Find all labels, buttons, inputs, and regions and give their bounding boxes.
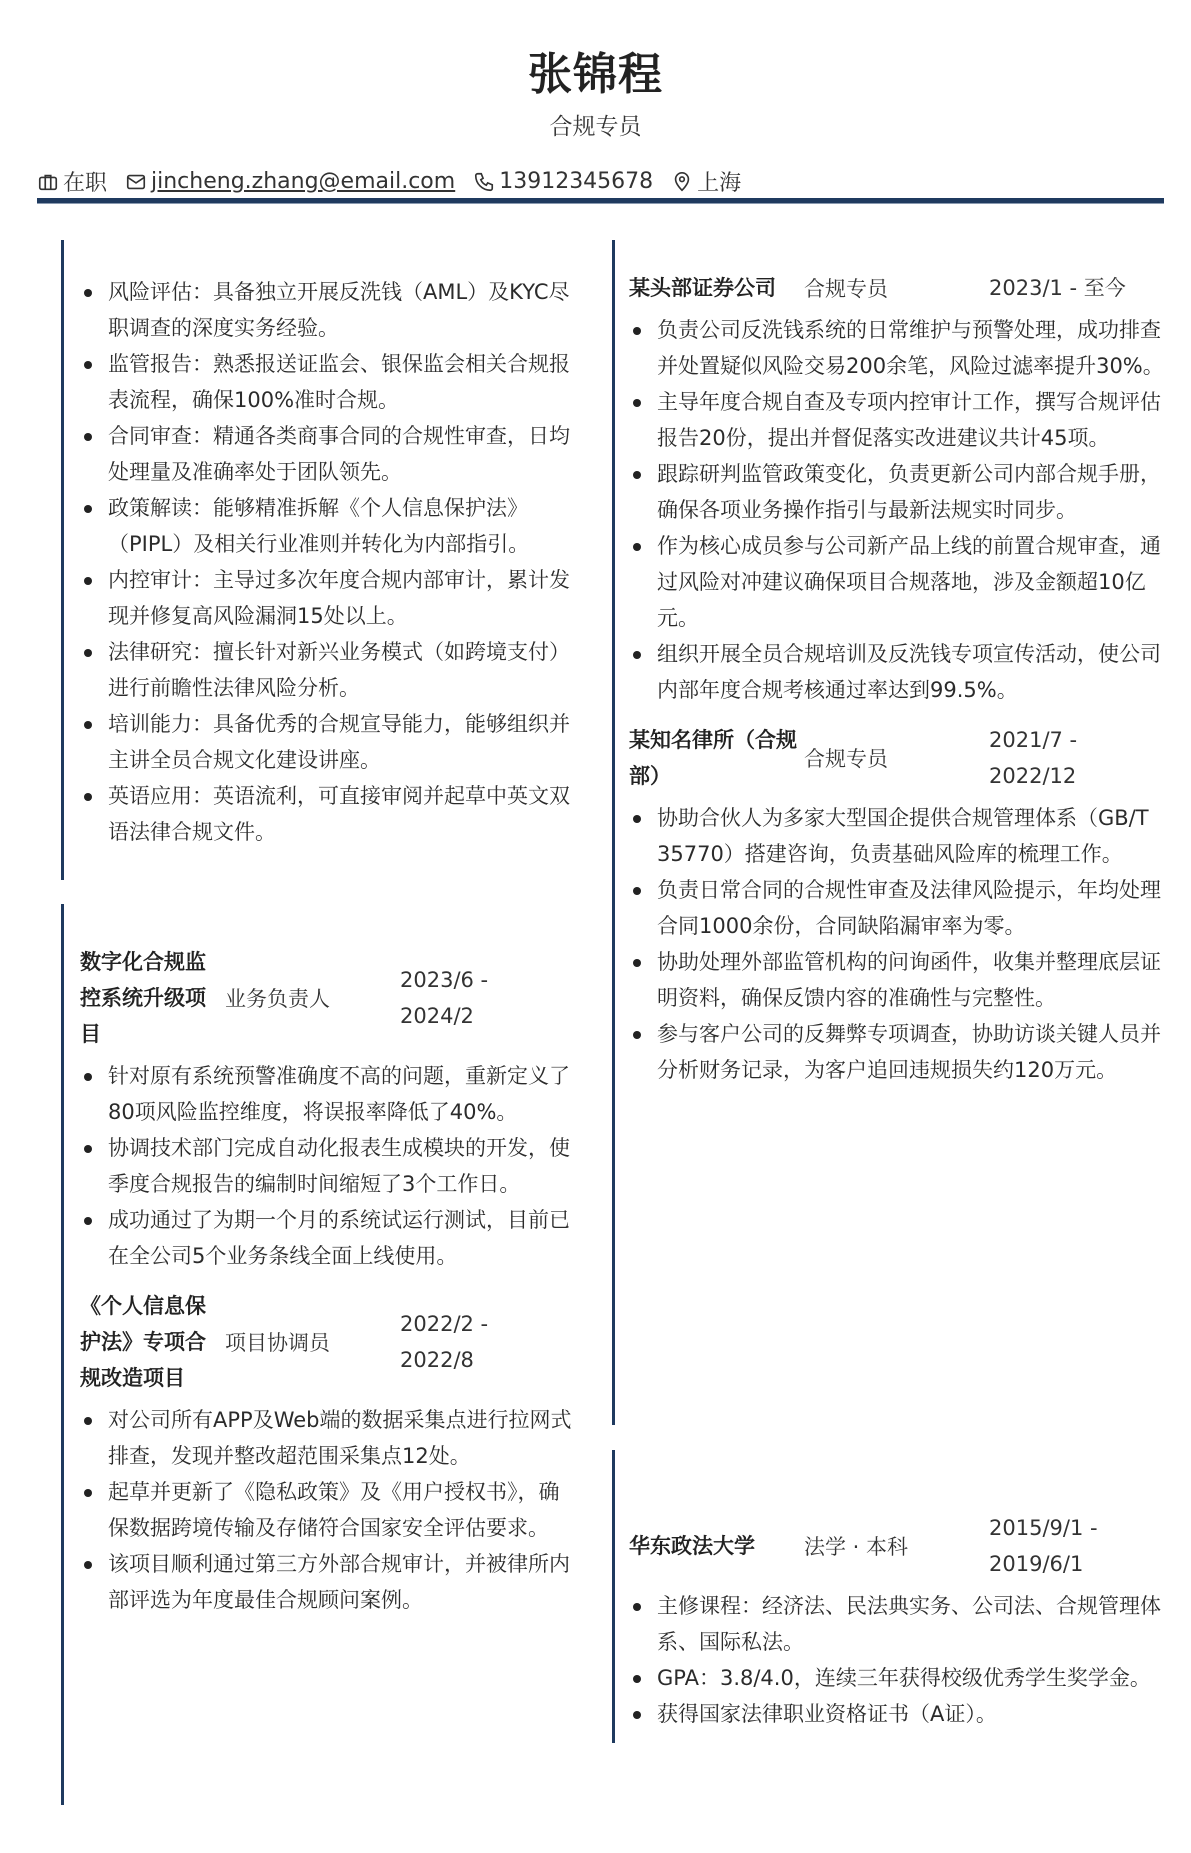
education-bullet: GPA：3.8/4.0，连续三年获得校级优秀学生奖学金。 bbox=[629, 1660, 1169, 1696]
education-entry: 华东政法大学 法学 · 本科 2015/9/1 - 2019/6/1 主修课程：… bbox=[629, 1510, 1169, 1732]
skills-list: 风险评估：具备独立开展反洗钱（AML）及KYC尽职调查的深度实务经验。 监管报告… bbox=[80, 274, 580, 850]
skill-item: 监管报告：熟悉报送证监会、银保监会相关合规报表流程，确保100%准时合规。 bbox=[80, 346, 580, 418]
project-bullet: 针对原有系统预警准确度不高的问题，重新定义了80项风险监控维度，将误报率降低了4… bbox=[80, 1058, 580, 1130]
job-bullet: 主导年度合规自查及专项内控审计工作，撰写合规评估报告20份，提出并督促落实改进建… bbox=[629, 384, 1169, 456]
job-entry: 某知名律所（合规部） 合规专员 2021/7 - 2022/12 协助合伙人为多… bbox=[629, 722, 1169, 1088]
header-divider bbox=[37, 198, 1164, 204]
job-bullet: 负责日常合同的合规性审查及法律风险提示，年均处理合同1000余份，合同缺陷漏审率… bbox=[629, 872, 1169, 944]
skills-section: 风险评估：具备独立开展反洗钱（AML）及KYC尽职调查的深度实务经验。 监管报告… bbox=[61, 240, 584, 880]
job-bullet: 跟踪研判监管政策变化，负责更新公司内部合规手册，确保各项业务操作指引与最新法规实… bbox=[629, 456, 1169, 528]
job-role: 合规专员 bbox=[804, 273, 989, 303]
project-bullet: 对公司所有APP及Web端的数据采集点进行拉网式排查，发现并整改超范围采集点12… bbox=[80, 1402, 580, 1474]
candidate-name: 张锦程 bbox=[0, 38, 1191, 102]
job-bullet: 作为核心成员参与公司新产品上线的前置合规审查，通过风险对冲建议确保项目合规落地，… bbox=[629, 528, 1169, 636]
skill-item: 风险评估：具备独立开展反洗钱（AML）及KYC尽职调查的深度实务经验。 bbox=[80, 274, 580, 346]
project-role: 业务负责人 bbox=[225, 983, 400, 1013]
education-bullet: 主修课程：经济法、民法典实务、公司法、合规管理体系、国际私法。 bbox=[629, 1588, 1169, 1660]
skill-item: 培训能力：具备优秀的合规宣导能力，能够组织并主讲全员合规文化建设讲座。 bbox=[80, 706, 580, 778]
project-bullet: 协调技术部门完成自动化报表生成模块的开发，使季度合规报告的编制时间缩短了3个工作… bbox=[80, 1130, 580, 1202]
contact-location: 上海 bbox=[671, 166, 741, 197]
location-text: 上海 bbox=[697, 166, 741, 197]
project-entry: 《个人信息保护法》专项合规改造项目 项目协调员 2022/2 - 2022/8 … bbox=[80, 1288, 580, 1618]
job-bullet: 协助处理外部监管机构的问询函件，收集并整理底层证明资料，确保反馈内容的准确性与完… bbox=[629, 944, 1169, 1016]
education-section: 华东政法大学 法学 · 本科 2015/9/1 - 2019/6/1 主修课程：… bbox=[612, 1450, 1175, 1743]
job-title: 合规专员 bbox=[0, 108, 1191, 141]
experience-section: 某头部证券公司 合规专员 2023/1 - 至今 负责公司反洗钱系统的日常维护与… bbox=[612, 240, 1175, 1425]
job-bullet: 协助合伙人为多家大型国企提供合规管理体系（GB/T 35770）搭建咨询，负责基… bbox=[629, 800, 1169, 872]
project-name: 《个人信息保护法》专项合规改造项目 bbox=[80, 1288, 225, 1396]
location-pin-icon bbox=[671, 171, 693, 193]
skill-item: 法律研究：擅长针对新兴业务模式（如跨境支付）进行前瞻性法律风险分析。 bbox=[80, 634, 580, 706]
briefcase-icon bbox=[37, 171, 59, 193]
status-text: 在职 bbox=[63, 166, 107, 197]
school-name: 华东政法大学 bbox=[629, 1528, 804, 1564]
phone-text: 13912345678 bbox=[499, 169, 653, 194]
job-bullet: 负责公司反洗钱系统的日常维护与预警处理，成功排查并处置疑似风险交易200余笔，风… bbox=[629, 312, 1169, 384]
skill-item: 合同审查：精通各类商事合同的合规性审查，日均处理量及准确率处于团队领先。 bbox=[80, 418, 580, 490]
skill-item: 英语应用：英语流利，可直接审阅并起草中英文双语法律合规文件。 bbox=[80, 778, 580, 850]
job-role: 合规专员 bbox=[804, 743, 989, 773]
project-entry: 数字化合规监控系统升级项目 业务负责人 2023/6 - 2024/2 针对原有… bbox=[80, 944, 580, 1274]
project-bullet: 该项目顺利通过第三方外部合规审计，并被律所内部评选为年度最佳合规顾问案例。 bbox=[80, 1546, 580, 1618]
education-date: 2015/9/1 - 2019/6/1 bbox=[989, 1510, 1169, 1582]
job-bullet: 参与客户公司的反舞弊专项调查，协助访谈关键人员并分析财务记录，为客户追回违规损失… bbox=[629, 1016, 1169, 1088]
projects-section: 数字化合规监控系统升级项目 业务负责人 2023/6 - 2024/2 针对原有… bbox=[61, 904, 584, 1805]
contact-bar: 在职 jincheng.zhang@email.com 13912345678 … bbox=[37, 166, 759, 197]
education-bullet: 获得国家法律职业资格证书（A证）。 bbox=[629, 1696, 1169, 1732]
project-bullet: 起草并更新了《隐私政策》及《用户授权书》，确保数据跨境传输及存储符合国家安全评估… bbox=[80, 1474, 580, 1546]
contact-status: 在职 bbox=[37, 166, 107, 197]
contact-phone: 13912345678 bbox=[473, 169, 653, 194]
job-date: 2021/7 - 2022/12 bbox=[989, 722, 1169, 794]
job-date: 2023/1 - 至今 bbox=[989, 270, 1169, 306]
job-bullet: 组织开展全员合规培训及反洗钱专项宣传活动，使公司内部年度合规考核通过率达到99.… bbox=[629, 636, 1169, 708]
phone-icon bbox=[473, 171, 495, 193]
project-date: 2022/2 - 2022/8 bbox=[400, 1306, 550, 1378]
skill-item: 政策解读：能够精准拆解《个人信息保护法》（PIPL）及相关行业准则并转化为内部指… bbox=[80, 490, 580, 562]
job-entry: 某头部证券公司 合规专员 2023/1 - 至今 负责公司反洗钱系统的日常维护与… bbox=[629, 270, 1169, 708]
project-name: 数字化合规监控系统升级项目 bbox=[80, 944, 225, 1052]
company-name: 某知名律所（合规部） bbox=[629, 722, 804, 794]
mail-icon bbox=[125, 171, 147, 193]
skill-item: 内控审计：主导过多次年度合规内部审计，累计发现并修复高风险漏洞15处以上。 bbox=[80, 562, 580, 634]
contact-email: jincheng.zhang@email.com bbox=[125, 169, 455, 194]
company-name: 某头部证券公司 bbox=[629, 270, 804, 306]
degree: 法学 · 本科 bbox=[804, 1531, 989, 1561]
project-bullet: 成功通过了为期一个月的系统试运行测试，目前已在全公司5个业务条线全面上线使用。 bbox=[80, 1202, 580, 1274]
email-link[interactable]: jincheng.zhang@email.com bbox=[151, 169, 455, 194]
project-date: 2023/6 - 2024/2 bbox=[400, 962, 550, 1034]
project-role: 项目协调员 bbox=[225, 1327, 400, 1357]
